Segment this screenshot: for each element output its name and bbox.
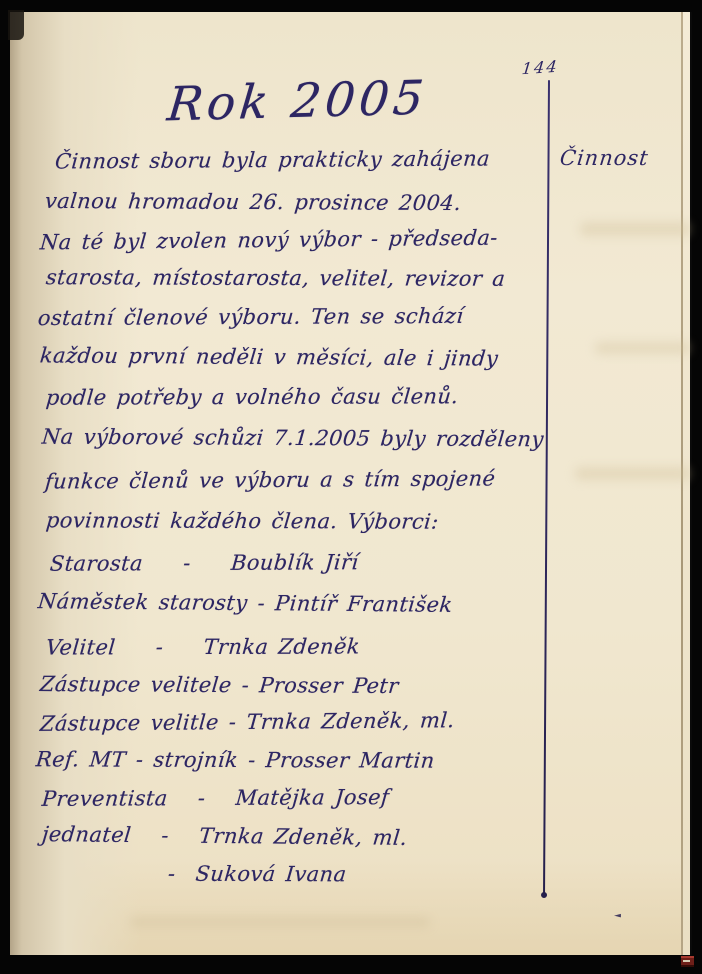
scanned-page: 144 Rok 2005 Činnost Činnost sboru byla … [10,12,692,955]
handwritten-line: Náměstek starosty - Pintíř František [37,589,454,617]
handwritten-line: valnou hromadou 26. prosince 2004. [44,189,462,215]
handwritten-line: starosta, místostarosta, velitel, revizo… [45,265,507,291]
handwritten-line: Starosta - Boublík Jiří [49,550,360,576]
handwritten-line: - Suková Ivana [167,862,348,887]
handwritten-line: Ref. MT - strojník - Prosser Martin [35,747,436,772]
end-arrow-mark: ◄ [614,912,621,920]
handwritten-line: funkce členů ve výboru a s tím spojené [44,466,496,493]
handwritten-line: Zástupce velitle - Trnka Zdeněk, ml. [39,708,455,736]
handwritten-line: Velitel - Trnka Zdeněk [45,634,361,659]
handwritten-line: ostatní členové výboru. Ten se schází [37,304,465,330]
handwritten-line: Zástupce velitele - Prosser Petr [39,672,400,698]
body-text: Činnost sboru byla prakticky zahájenaval… [10,12,692,955]
handwritten-line: Činnost sboru byla prakticky zahájena [54,146,491,173]
handwritten-line: Na té byl zvolen nový výbor - předseda- [39,226,499,255]
scan-corner-artifact [681,956,694,967]
handwritten-line: Preventista - Matějka Josef [41,785,390,811]
handwritten-line: Na výborové schůzi 7.1.2005 byly rozděle… [41,425,545,452]
handwritten-line: povinnosti každého člena. Výborci: [45,508,440,533]
handwritten-line: jednatel - Trnka Zdeněk, ml. [41,822,409,850]
handwritten-line: každou první neděli v měsíci, ale i jind… [39,343,499,370]
handwritten-line: podle potřeby a volného času členů. [45,384,459,409]
